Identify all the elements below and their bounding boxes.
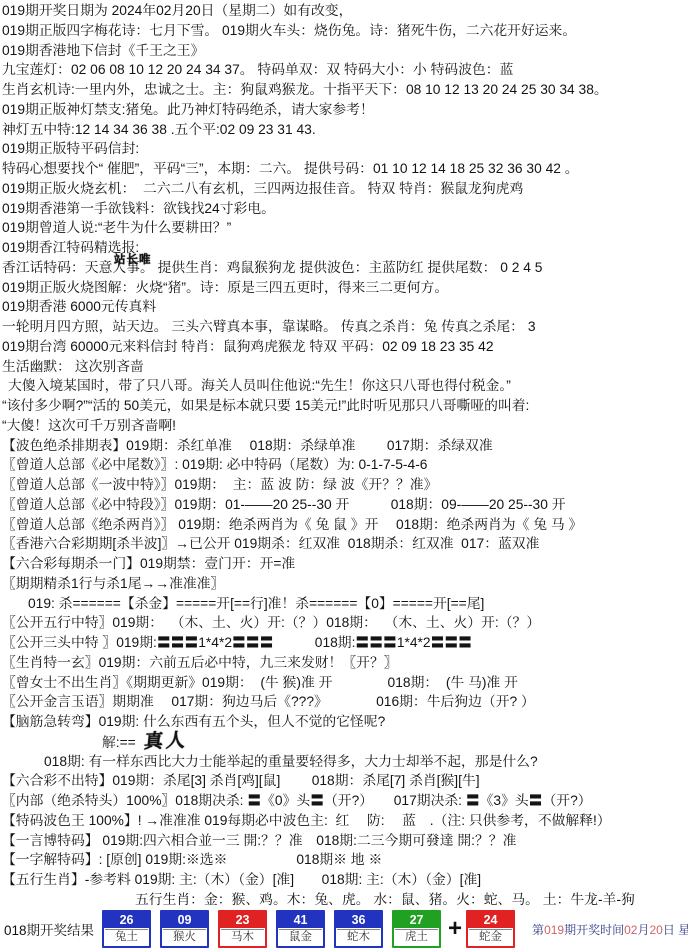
- ball-zodiac-element: 蛇木: [337, 929, 380, 945]
- ball-number: 09: [162, 912, 207, 928]
- text-line: 生活幽默： 这次别吝啬: [2, 357, 688, 377]
- next-draw-part: 20: [649, 923, 662, 937]
- draw-result-footer: 018期开奖结果 26兔土09猴火23马木41鼠金36蛇木27虎土 + 24蛇金…: [0, 908, 688, 950]
- next-draw-info: 第019期开奖时间02月20日 星期二21:30: [532, 921, 688, 938]
- text-line: 019期开奖日期为 2024年02月20日（星期二）如有改变，: [2, 1, 688, 21]
- next-draw-part: 019: [544, 923, 564, 937]
- next-draw-part: 期开奖时间: [564, 923, 624, 937]
- text-line: 生肖玄机诗:一里内外，忠诚之士。主：狗鼠鸡猴龙。十指平天下：08 10 12 1…: [2, 80, 688, 100]
- ball-number: 23: [220, 912, 265, 928]
- ball-zodiac-element: 鼠金: [279, 929, 322, 945]
- text-line: 018期: 有一样东西比大力士能举起的重量要轻得多，大力士却举不起，那是什么?: [2, 752, 688, 772]
- ball-zodiac-element: 兔土: [105, 929, 148, 945]
- text-line: 〖曾女士不出生肖〗《期期更新》019期： (牛 猴)准 开 018期： (牛 马…: [2, 673, 688, 693]
- text-line: 〖香港六合彩期期[杀半波]〗→已公开 019期杀：红双准 018期杀：红双准 0…: [2, 534, 688, 554]
- text-line: 【六合彩不出特】019期：杀尾[3] 杀肖[鸡][鼠] 018期：杀尾[7] 杀…: [2, 771, 688, 791]
- result-ball: 41鼠金: [276, 910, 325, 948]
- text-line: 〖期期精杀1行与杀1尾→→准准准〗: [2, 574, 688, 594]
- text-line: 019期香港 6000元传真料: [2, 297, 688, 317]
- text-line: 〖生肖特一玄〗019期：六前五后必中特，九三来发财！〖开？〗: [2, 653, 688, 673]
- text-line: 【六合彩每期杀一门】019期禁：壹门开：开=准: [2, 554, 688, 574]
- handwritten-answer: 真人: [143, 731, 189, 752]
- text-line: 【一字解特码】: [原创] 019期:※选※ 018期※ 地 ※: [2, 850, 688, 870]
- document-lines: 019期开奖日期为 2024年02月20日（星期二）如有改变，019期正版四字梅…: [0, 0, 688, 910]
- result-balls: 26兔土09猴火23马木41鼠金36蛇木27虎土: [102, 910, 450, 948]
- text-line: 【特码波色王 100%】! →准准准 019每期必中波色主: 红 防: 蓝 .（…: [2, 811, 688, 831]
- text-line: 五行生肖：金：猴、鸡。木：兔、虎。 水：鼠、猪。火：蛇、马。 土：牛龙-羊-狗: [2, 890, 688, 910]
- result-ball: 23马木: [218, 910, 267, 948]
- next-draw-part: 第: [532, 923, 544, 937]
- text-line: 大傻入境某国时，带了只八哥。海关人员叫住他说:“先生！你这只八哥也得付税金。”: [2, 376, 688, 396]
- ball-number: 26: [104, 912, 149, 928]
- text-line: 019期正版火烧图解：火烧“猪”。诗：原是三四五更时，得来三二更何方。: [2, 278, 688, 298]
- text-line: “大傻！这次可千万别吝啬啊!: [2, 416, 688, 436]
- text-line: 【脑筋急转弯】019期: 什么东西有五个头，但人不觉的它怪呢?: [2, 712, 688, 732]
- text-line: 019期台湾 60000元来料信封 特肖：鼠狗鸡虎猴龙 特双 平码：02 09 …: [2, 337, 688, 357]
- text-line: 〖内部（绝杀特头）100%〗018期决杀: 〓《0》头〓（开?） 017期决杀:…: [2, 791, 688, 811]
- text-line: 〖曾道人总部《必中特段》〗019期：01-——20 25--30 开 018期：…: [2, 495, 688, 515]
- next-draw-part: 月: [637, 923, 649, 937]
- text-line: 019期正版特平码信封:: [2, 139, 688, 159]
- ball-zodiac-element: 猴火: [163, 929, 206, 945]
- text-line: 019期曾道人说:“老牛为什么要耕田？”: [2, 218, 688, 238]
- text-line: 019: 杀======【杀金】=====开[==行]准！杀======【0】=…: [2, 594, 688, 614]
- next-draw-part: 02: [624, 923, 637, 937]
- special-ball-wrap: 24蛇金: [466, 910, 524, 948]
- result-ball: 09猴火: [160, 910, 209, 948]
- text-line: 〖曾道人总部《一波中特》〗019期： 主：蓝 波 防：绿 波《开？？准》: [2, 475, 688, 495]
- result-ball: 24蛇金: [466, 910, 515, 948]
- text-line: 019期香港第一手欲钱料：欲钱找24寸彩电。: [2, 199, 688, 219]
- ball-number: 27: [394, 912, 439, 928]
- text-line: 九宝莲灯：02 06 08 10 12 20 24 34 37。 特码单双：双 …: [2, 60, 688, 80]
- text-line: 特码心想要找个“ 催肥”，平码“三”，本期：二六。 提供号码：01 10 12 …: [2, 159, 688, 179]
- ball-zodiac-element: 马木: [221, 929, 264, 945]
- text-line: 〖曾道人总部《绝杀两肖》〗 019期：绝杀两肖为《 兔 鼠 》开 018期：绝杀…: [2, 515, 688, 535]
- text-line: 【波色绝杀排期表】019期：杀红单准 018期：杀绿单准 017期：杀绿双准: [2, 436, 688, 456]
- result-ball: 27虎土: [392, 910, 441, 948]
- text-line: 〖公开三头中特 〗019期:〓〓〓1*4*2〓〓〓 018期:〓〓〓1*4*2〓…: [2, 633, 688, 653]
- ball-number: 24: [468, 912, 513, 928]
- text-line: 019期正版四字梅花诗：七月下雪。 019期火车头：烧伤兔。诗：猪死牛伤，二六花…: [2, 21, 688, 41]
- text-line: 【五行生肖】-参考料 019期: 主:（木）（金）[准] 018期: 主:（木）…: [2, 870, 688, 890]
- next-draw-part: 日 星期二: [663, 923, 688, 937]
- text-line: 解:==真人: [2, 732, 688, 752]
- result-ball: 36蛇木: [334, 910, 383, 948]
- ball-zodiac-element: 蛇金: [469, 929, 512, 945]
- text-line: 【一言博特码】 019期:四六相合並一三 開:？？准 018期:二三今期可發達 …: [2, 831, 688, 851]
- text-line: “该付多少啊?”“活的 50美元，如果是标本就只要 15美元!”此时听见那只八哥…: [2, 396, 688, 416]
- text-line: 019期香港地下信封《千王之王》: [2, 41, 688, 61]
- ball-number: 41: [278, 912, 323, 928]
- text-line: 〖公开金言玉语〗期期准 017期：狗边马后《???》 016期：牛后狗边（开? …: [2, 692, 688, 712]
- text-line: 019期正版神灯禁支:猪兔。此乃神灯特码绝杀，请大家参考！: [2, 100, 688, 120]
- result-ball: 26兔土: [102, 910, 151, 948]
- result-label: 018期开奖结果: [4, 919, 94, 939]
- text-line: 一轮明月四方照，站天边。 三头六臂真本事，靠谋略。 传真之杀肖：兔 传真之杀尾：…: [2, 317, 688, 337]
- text-line: 香江话特码：天意人事。 提供生肖：鸡鼠猴狗龙 提供波色：主蓝防红 提供尾数： 0…: [2, 258, 688, 278]
- text-line: 019期正版火烧玄机： 二六二八有玄机，三四两边报佳音。 特双 特肖：猴鼠龙狗虎…: [2, 179, 688, 199]
- text-line: 〖曾道人总部《必中尾数》〗: 019期: 必中特码（尾数）为: 0-1-7-5-…: [2, 455, 688, 475]
- ball-zodiac-element: 虎土: [395, 929, 438, 945]
- text-line: 〖公开五行中特〗019期： （木、土、火）开:（？）018期： （木、土、火）开…: [2, 613, 688, 633]
- ball-number: 36: [336, 912, 381, 928]
- text-line: 019期香江特码精选报:站长唯: [2, 238, 688, 258]
- lottery-tip-sheet: 019期开奖日期为 2024年02月20日（星期二）如有改变，019期正版四字梅…: [0, 0, 688, 952]
- plus-sign: +: [448, 914, 462, 944]
- text-line: 神灯五中特:12 14 34 36 38 .五个平:02 09 23 31 43…: [2, 120, 688, 140]
